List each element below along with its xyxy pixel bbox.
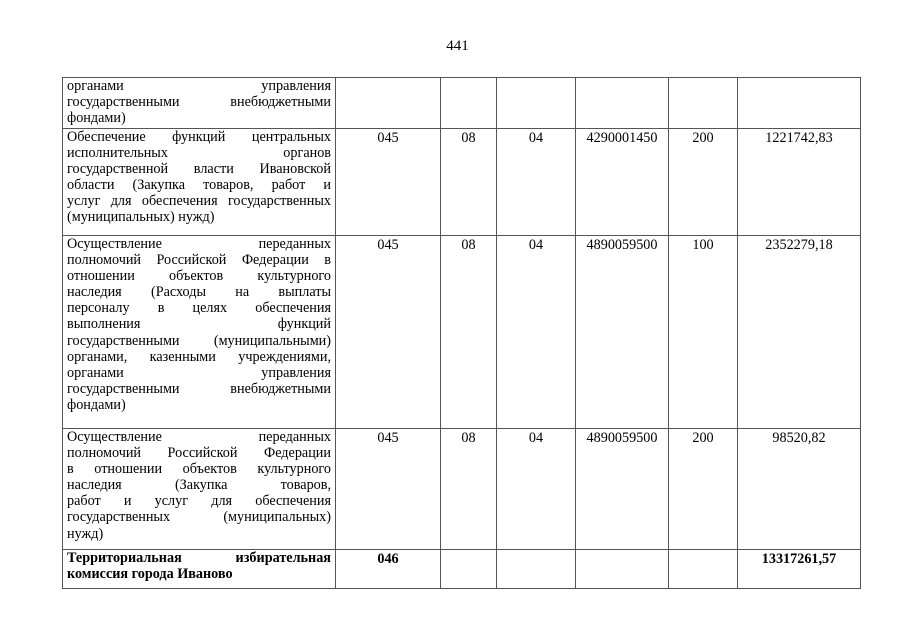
description-line: работ и услуг для обеспечения bbox=[67, 493, 331, 509]
description-line: фондами) bbox=[67, 110, 331, 126]
description-line: наследия (Расходы на выплаты bbox=[67, 284, 331, 300]
description-cell: Осуществление переданныхполномочий Росси… bbox=[63, 429, 336, 550]
amount-cell: 1221742,83 bbox=[738, 129, 861, 236]
description-cell: Территориальная избирательнаякомиссия го… bbox=[63, 550, 336, 589]
section-cell: 08 bbox=[441, 429, 497, 550]
target-article-cell: 4890059500 bbox=[576, 236, 669, 429]
expense-type-cell bbox=[669, 550, 738, 589]
amount-cell bbox=[738, 78, 861, 129]
description-line: в отношении объектов культурного bbox=[67, 461, 331, 477]
description-line: нужд) bbox=[67, 526, 331, 542]
description-line: государственных (муниципальных) bbox=[67, 509, 331, 525]
description-line: комиссия города Иваново bbox=[67, 566, 331, 582]
expense-type-cell: 200 bbox=[669, 129, 738, 236]
description-line: Территориальная избирательная bbox=[67, 550, 331, 566]
description-cell: Осуществление переданныхполномочий Росси… bbox=[63, 236, 336, 429]
description-line: исполнительных органов bbox=[67, 145, 331, 161]
expense-type-cell: 100 bbox=[669, 236, 738, 429]
section-cell bbox=[441, 550, 497, 589]
description-line: персоналу в целях обеспечения bbox=[67, 300, 331, 316]
section-cell: 08 bbox=[441, 129, 497, 236]
description-line: государственными внебюджетными bbox=[67, 381, 331, 397]
grbs-cell: 045 bbox=[336, 429, 441, 550]
description-line: органами управления bbox=[67, 78, 331, 94]
subsection-cell: 04 bbox=[497, 429, 576, 550]
table-row: Осуществление переданныхполномочий Росси… bbox=[63, 236, 861, 429]
description-line: государственной власти Ивановской bbox=[67, 161, 331, 177]
description-line: органами, казенными учреждениями, bbox=[67, 349, 331, 365]
section-cell: 08 bbox=[441, 236, 497, 429]
description-line: выполнения функций bbox=[67, 316, 331, 332]
expense-type-cell: 200 bbox=[669, 429, 738, 550]
table-row: Обеспечение функций центральныхисполните… bbox=[63, 129, 861, 236]
table-row: Территориальная избирательнаякомиссия го… bbox=[63, 550, 861, 589]
amount-cell: 2352279,18 bbox=[738, 236, 861, 429]
subsection-cell bbox=[497, 78, 576, 129]
target-article-cell bbox=[576, 78, 669, 129]
subsection-cell: 04 bbox=[497, 236, 576, 429]
grbs-cell: 046 bbox=[336, 550, 441, 589]
page-number: 441 bbox=[0, 38, 905, 55]
budget-table: органами управлениягосударственными внеб… bbox=[62, 77, 861, 589]
description-line: услуг для обеспечения государственных bbox=[67, 193, 331, 209]
description-line: государственными (муниципальными) bbox=[67, 333, 331, 349]
description-line: полномочий Российской Федерации в bbox=[67, 252, 331, 268]
description-line: фондами) bbox=[67, 397, 331, 413]
subsection-cell bbox=[497, 550, 576, 589]
amount-cell: 98520,82 bbox=[738, 429, 861, 550]
description-line: области (Закупка товаров, работ и bbox=[67, 177, 331, 193]
description-cell: Обеспечение функций центральныхисполните… bbox=[63, 129, 336, 236]
description-line: наследия (Закупка товаров, bbox=[67, 477, 331, 493]
amount-cell: 13317261,57 bbox=[738, 550, 861, 589]
subsection-cell: 04 bbox=[497, 129, 576, 236]
grbs-cell: 045 bbox=[336, 129, 441, 236]
description-line: Обеспечение функций центральных bbox=[67, 129, 331, 145]
target-article-cell: 4890059500 bbox=[576, 429, 669, 550]
description-line: Осуществление переданных bbox=[67, 429, 331, 445]
grbs-cell: 045 bbox=[336, 236, 441, 429]
description-line: Осуществление переданных bbox=[67, 236, 331, 252]
description-line: государственными внебюджетными bbox=[67, 94, 331, 110]
description-line: органами управления bbox=[67, 365, 331, 381]
description-line: отношении объектов культурного bbox=[67, 268, 331, 284]
target-article-cell bbox=[576, 550, 669, 589]
description-line: полномочий Российской Федерации bbox=[67, 445, 331, 461]
table-row: Осуществление переданныхполномочий Росси… bbox=[63, 429, 861, 550]
description-line: (муниципальных) нужд) bbox=[67, 209, 331, 225]
table-row: органами управлениягосударственными внеб… bbox=[63, 78, 861, 129]
budget-table-body: органами управлениягосударственными внеб… bbox=[63, 78, 861, 589]
target-article-cell: 4290001450 bbox=[576, 129, 669, 236]
expense-type-cell bbox=[669, 78, 738, 129]
grbs-cell bbox=[336, 78, 441, 129]
description-cell: органами управлениягосударственными внеб… bbox=[63, 78, 336, 129]
section-cell bbox=[441, 78, 497, 129]
